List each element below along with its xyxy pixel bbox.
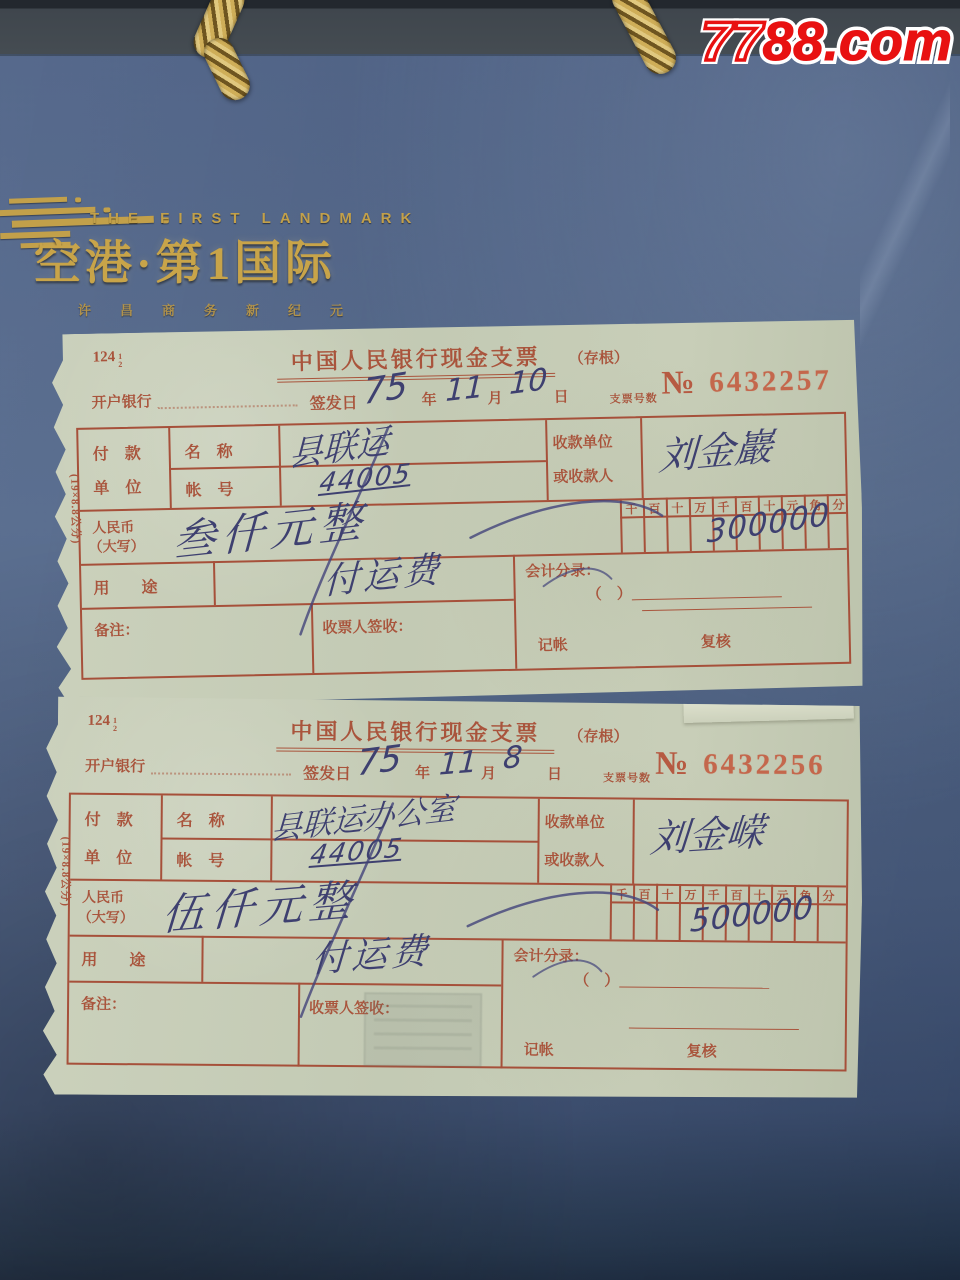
- name-label: 名 称: [184, 439, 232, 463]
- review-label: 复核: [687, 1040, 717, 1061]
- bookkeeping-label: 记帐: [524, 1039, 554, 1060]
- handwritten-month: 11: [438, 744, 478, 782]
- usage-label: 用 途: [81, 947, 145, 971]
- accounting-entry-label: 会计分录：: [513, 945, 588, 967]
- cheque-1: 12412 中国人民银行现金支票 （存根） 开户银行 签发日 75 年 11 月…: [46, 318, 866, 707]
- payer-label: 付 款: [92, 441, 140, 465]
- handwritten-year: 75: [363, 366, 408, 414]
- currency-label: （大写）: [88, 536, 144, 557]
- cheque-2: 12412 中国人民银行现金支票 （存根） 开户银行 签发日 75 年 11 月…: [38, 696, 863, 1101]
- currency-label: 人民币: [92, 517, 134, 538]
- brand-subtitle: 许昌商务新纪元: [78, 300, 372, 319]
- account-label: 帐 号: [176, 848, 224, 871]
- watermark-7788: 7788.com 7788.com: [652, 6, 952, 76]
- handwritten-year: 75: [357, 738, 403, 784]
- bank-label: 开户银行: [91, 394, 151, 411]
- bank-fill-line: [151, 772, 291, 775]
- payer-label: 付 款: [85, 807, 133, 830]
- name-label: 名 称: [177, 808, 225, 831]
- handwritten-day: 8: [502, 739, 524, 776]
- month-suffix: 月: [481, 762, 496, 783]
- bank-label: 开户银行: [85, 759, 145, 776]
- currency-label: （大写）: [78, 907, 134, 927]
- remark-label: 备注：: [94, 619, 139, 641]
- watermark-text: 88.com: [762, 10, 952, 72]
- handwritten-payee-name: 刘金巖: [658, 415, 774, 481]
- bank-fill-line: [158, 404, 298, 409]
- handwritten-month: 11: [445, 370, 484, 409]
- receiver-sign-label: 收票人签收：: [322, 615, 412, 638]
- accounting-fill-line-2: [642, 607, 812, 612]
- accounting-fill-line: [632, 596, 782, 600]
- year-suffix: 年: [415, 762, 430, 783]
- digit-col-header: 百: [633, 886, 656, 903]
- payee-label: 收款单位: [545, 811, 605, 833]
- digit-col-header: 分: [817, 887, 840, 904]
- day-suffix: 日: [547, 763, 562, 784]
- digit-col-header: 千: [620, 500, 643, 517]
- photo-stage: 7788.com 7788.com THE FIRST LANDMARK 空港·…: [0, 0, 960, 1280]
- payee-label: 收款单位: [552, 431, 612, 453]
- digit-col-header: 万: [679, 886, 702, 903]
- accounting-entry-label: 会计分录：: [525, 559, 600, 582]
- cheque-table: 千 百 十 万 千 百 十 元 角 分 付 款 单 位 名 称 帐 号 收款单位…: [76, 412, 851, 680]
- cheque-number-label: 支票号数: [609, 390, 657, 407]
- handwritten-payer-account: 44005: [308, 833, 406, 871]
- issue-date-label: 签发日: [303, 761, 351, 784]
- brand-tagline: THE FIRST LANDMARK: [90, 210, 420, 227]
- accounting-paren: （ ）: [587, 586, 632, 603]
- day-suffix: 日: [553, 386, 568, 407]
- cheque-number: 6432256: [703, 748, 826, 782]
- watermark-text: 77: [701, 10, 762, 72]
- issue-date-label: 签发日: [309, 390, 357, 414]
- handwritten-payee-name: 刘金嵘: [649, 801, 767, 863]
- year-suffix: 年: [421, 388, 436, 409]
- accounting-fill-line-2: [629, 1028, 799, 1030]
- cheque-number: 6432257: [709, 364, 832, 400]
- cheque-number-label: 支票号数: [603, 769, 651, 785]
- digit-col-header: 十: [666, 499, 689, 516]
- handwritten-usage: 付运费: [310, 922, 433, 983]
- account-label: 帐 号: [185, 477, 233, 501]
- digit-col-header: 千: [610, 885, 633, 902]
- payer-label: 单 位: [84, 845, 132, 868]
- cheque-title-suffix: （存根）: [568, 729, 628, 746]
- accounting-paren: （ ）: [574, 973, 619, 989]
- faded-stamp: [364, 992, 483, 1067]
- handwritten-day: 10: [509, 362, 549, 402]
- digit-col-header: 十: [656, 886, 679, 903]
- remark-label: 备注：: [81, 993, 126, 1014]
- bag-crease: [860, 70, 950, 360]
- bookkeeping-label: 记帐: [538, 634, 568, 656]
- accounting-fill-line: [619, 986, 769, 988]
- usage-label: 用 途: [93, 574, 157, 598]
- cheque-table: 千 百 十 万 千 百 十 元 角 分 付 款 单 位 名 称 帐 号 收款单位…: [67, 793, 849, 1072]
- digit-col-header: 百: [643, 500, 666, 517]
- payer-label: 单 位: [93, 475, 141, 499]
- numero-sign: №: [661, 365, 695, 403]
- currency-label: 人民币: [82, 887, 124, 907]
- payee-label: 或收款人: [553, 465, 613, 487]
- month-suffix: 月: [487, 387, 502, 408]
- review-label: 复核: [701, 630, 731, 652]
- payee-label: 或收款人: [544, 849, 604, 871]
- cheque-title-suffix: （存根）: [569, 350, 629, 367]
- numero-sign: №: [655, 746, 688, 783]
- brand-title: 空港·第1国际: [34, 226, 336, 293]
